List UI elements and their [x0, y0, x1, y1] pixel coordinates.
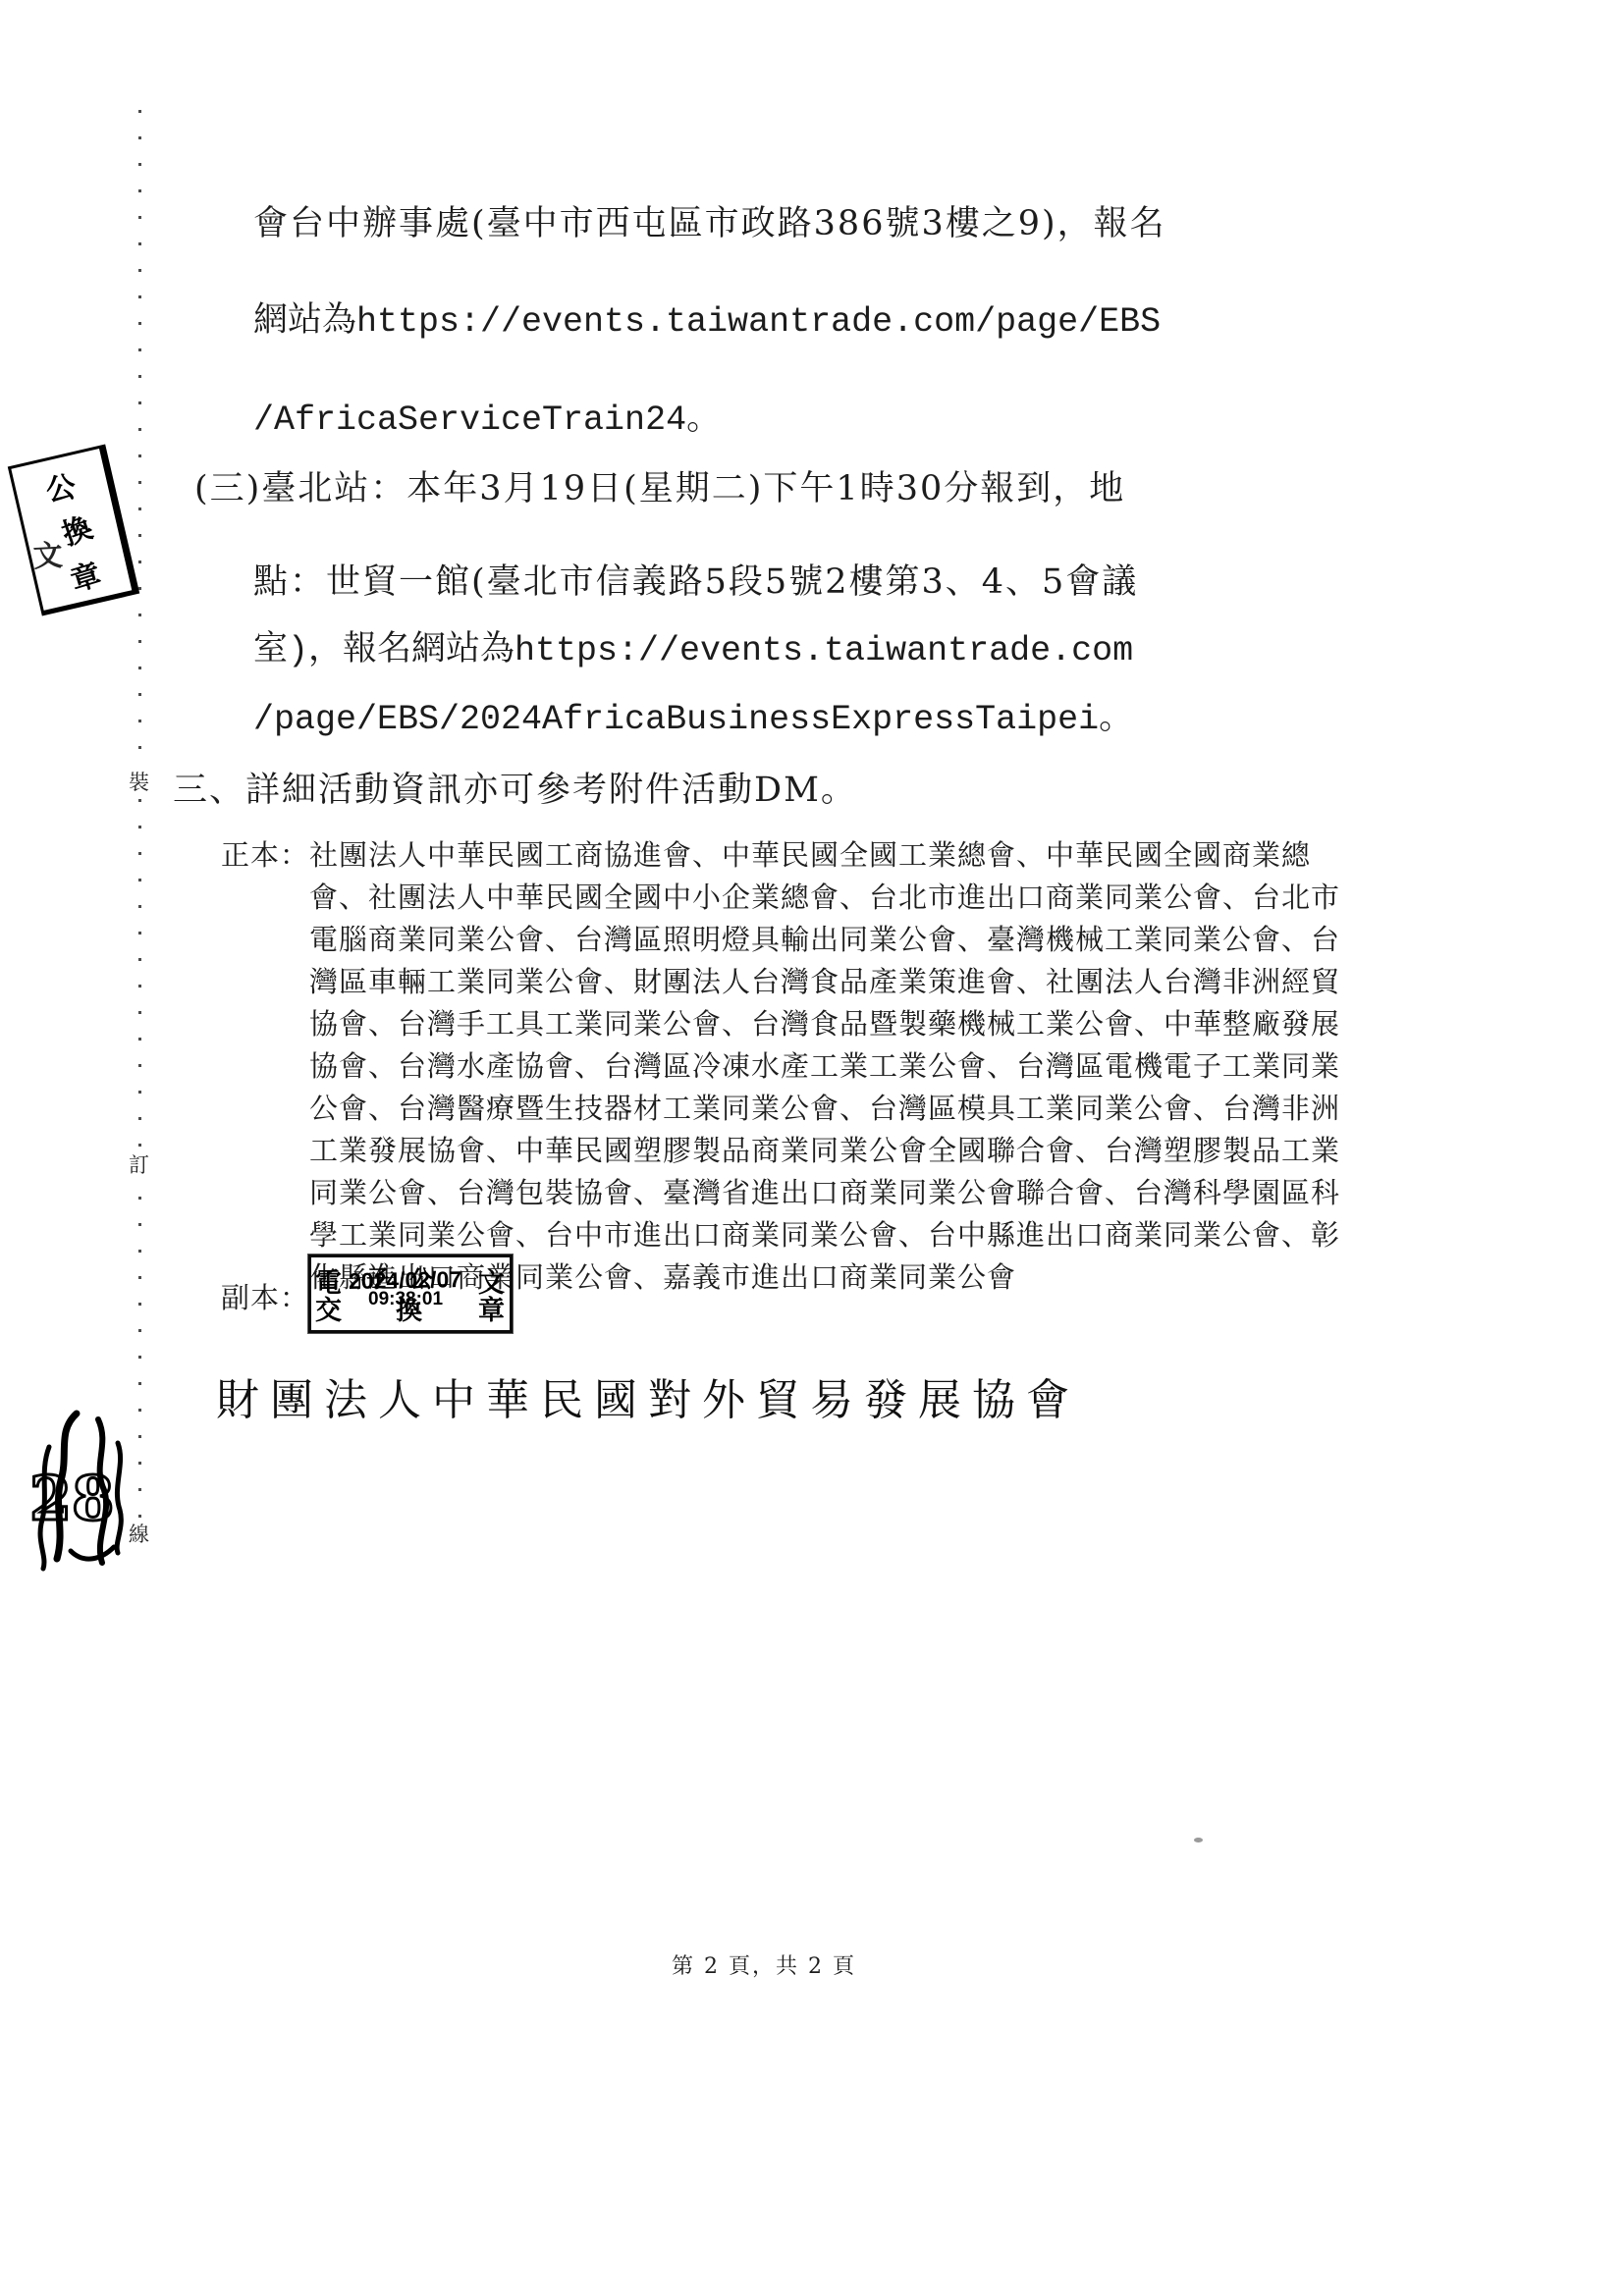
copy-label: 副本：: [221, 1276, 309, 1316]
body-line-5: 點：世貿一館(臺北市信義路5段5號2樓第3、4、5會議: [253, 560, 1138, 605]
recipients-line: 會、社團法人中華民國全國中小企業總會、台北市進出口商業同業公會、台北市: [309, 877, 1340, 919]
body-line-7: /page/EBS/2024AfricaBusinessExpressTaipe…: [253, 697, 1133, 742]
recipients-label: 正本：: [221, 838, 309, 872]
recipients-line: 電腦商業同業公會、台灣區照明燈具輸出同業公會、臺灣機械工業同業公會、台: [309, 919, 1340, 961]
binding-label-zhuang: 裝: [129, 768, 149, 797]
issuer-name: 財團法人中華民國對外貿易發展協會: [216, 1364, 1080, 1427]
stamp-time: 09:38:01: [368, 1289, 443, 1310]
number-seal-stamp: 28: [20, 1404, 135, 1582]
body-line-6: 室)，報名網站為https://events.taiwantrade.com: [253, 628, 1133, 673]
recipients-line: 工業發展協會、中華民國塑膠製品商業同業公會全國聯合會、台灣塑膠製品工業: [309, 1130, 1340, 1172]
body-line-8: 三、詳細活動資訊亦可參考附件活動DM。: [173, 768, 857, 813]
stamp-char: 交: [315, 1289, 342, 1327]
recipients-line: 協會、台灣水產協會、台灣區冷凍水產工業工業公會、台灣區電機電子工業同業: [309, 1045, 1340, 1088]
body-line-2: 網站為https://events.taiwantrade.com/page/E…: [253, 299, 1161, 345]
electronic-exchange-stamp: 電 子 公 文 交 換 章 2024/02/07 09:38:01: [308, 1255, 513, 1333]
recipients-line: 灣區車輛工業同業公會、財團法人台灣食品產業策進會、社團法人台灣非洲經貿: [309, 961, 1340, 1003]
binding-dotted-line: [138, 110, 141, 1561]
recipients-line: 公會、台灣醫療暨生技器材工業同業公會、台灣區模具工業同業公會、台灣非洲: [309, 1088, 1340, 1130]
binding-label-ding: 訂: [129, 1150, 149, 1180]
recipients-block: 正本：社團法人中華民國工商協進會、中華民國全國工業總會、中華民國全國商業總 會、…: [221, 834, 1340, 1299]
scan-artifact: [1194, 1838, 1203, 1842]
scanned-document-page: 裝 訂 線 公 換 文 章 28 會台中辦事處(臺中市西屯區市政路386號3樓之…: [0, 0, 1624, 2296]
recipients-line: 學工業同業公會、台中市進出口商業同業公會、台中縣進出口商業同業公會、彰: [309, 1214, 1340, 1256]
body-line-1: 會台中辦事處(臺中市西屯區市政路386號3樓之9)，報名: [253, 201, 1166, 246]
body-line-4: (三)臺北站：本年3月19日(星期二)下午1時30分報到，地: [194, 466, 1125, 511]
recipients-line: 同業公會、台灣包裝協會、臺灣省進出口商業同業公會聯合會、台灣科學園區科: [309, 1172, 1340, 1214]
page-footer: 第 2 頁，共 2 頁: [672, 1949, 856, 1980]
document-exchange-stamp: 公 換 文 章: [8, 445, 139, 616]
recipients-line: 協會、台灣手工具工業同業公會、台灣食品暨製藥機械工業公會、中華整廠發展: [309, 1003, 1340, 1045]
recipients-line: 社團法人中華民國工商協進會、中華民國全國工業總會、中華民國全國商業總: [309, 838, 1311, 872]
seal-number: 28: [29, 1463, 114, 1534]
stamp-char: 章: [478, 1289, 505, 1327]
body-line-3: /AfricaServiceTrain24。: [253, 398, 721, 443]
